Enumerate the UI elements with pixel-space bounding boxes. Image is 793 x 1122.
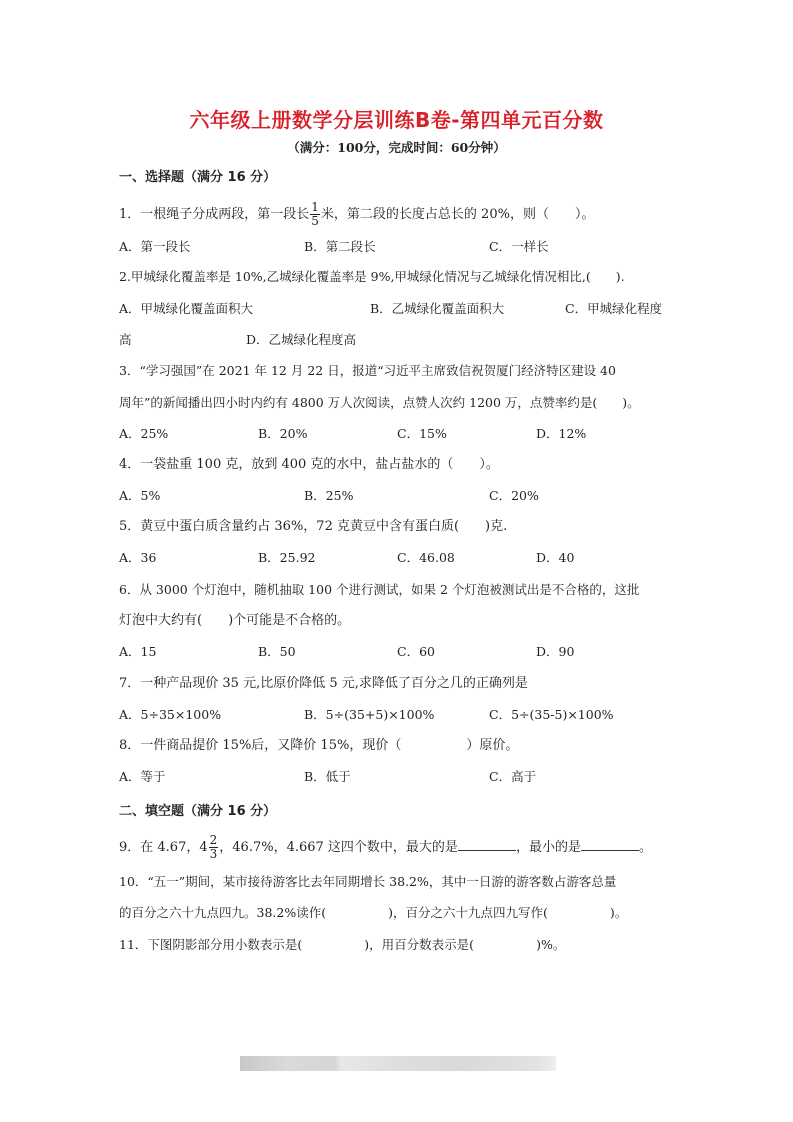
q4-option-c: C．20% bbox=[489, 487, 539, 505]
q6-option-b: B．50 bbox=[258, 643, 296, 661]
fraction-denominator: 5 bbox=[310, 215, 320, 228]
q2-option-d: D．乙城绿化程度高 bbox=[246, 331, 356, 349]
q2-option-c: C．甲城绿化程度 bbox=[565, 300, 662, 318]
question-8: 8．一件商品提价 15%后，又降价 15%，现价（ ）原价。 bbox=[119, 737, 518, 755]
q4-option-a: A．5% bbox=[119, 487, 160, 505]
section-heading-fill: 二、填空题（满分 16 分） bbox=[119, 800, 276, 819]
q5-option-b: B．25.92 bbox=[258, 549, 315, 567]
q7-option-b: B．5÷(35+5)×100% bbox=[304, 706, 434, 724]
question-10-text-c: )。 bbox=[610, 905, 627, 920]
fraction-denominator: 3 bbox=[209, 848, 219, 861]
q2-option-c-wrap: 高 bbox=[119, 331, 132, 349]
mixed-number-whole: 4 bbox=[199, 840, 207, 855]
section-heading-choice: 一、选择题（满分 16 分） bbox=[119, 166, 276, 185]
answer-blank-largest[interactable] bbox=[458, 838, 516, 851]
q3-option-d: D．12% bbox=[536, 425, 586, 443]
question-6-line-1: 6．从 3000 个灯泡中，随机抽取 100 个进行测试，如果 2 个灯泡被测试… bbox=[119, 581, 639, 599]
fraction-numerator: 1 bbox=[310, 201, 320, 215]
answer-blank-smallest[interactable] bbox=[581, 838, 639, 851]
question-6-line-2: 灯泡中大约有( )个可能是不合格的。 bbox=[119, 612, 350, 630]
q5-option-c: C．46.08 bbox=[397, 549, 455, 567]
q7-option-a: A．5÷35×100% bbox=[119, 706, 221, 724]
q2-option-a: A．甲城绿化覆盖面积大 bbox=[119, 300, 253, 318]
question-10-line-1: 10．“五一”期间，某市接待游客比去年同期增长 38.2%，其中一日游的游客数占… bbox=[119, 873, 616, 891]
question-11-text-a: 11．下图阴影部分用小数表示是( bbox=[119, 937, 302, 952]
q8-option-a: A．等于 bbox=[119, 768, 166, 786]
q8-option-c: C．高于 bbox=[489, 768, 536, 786]
question-9-text-after: ，46.7%，4.667 这四个数中，最大的是 bbox=[219, 840, 458, 855]
q4-option-b: B．25% bbox=[304, 487, 353, 505]
fraction-numerator: 2 bbox=[209, 834, 219, 848]
question-4: 4．一袋盐重 100 克，放到 400 克的水中，盐占盐水的（ ）。 bbox=[119, 456, 499, 474]
question-10-text-b: )，百分之六十九点四九写作( bbox=[388, 905, 548, 920]
question-9-text-mid: ，最小的是 bbox=[516, 840, 581, 855]
question-7: 7．一种产品现价 35 元,比原价降低 5 元,求降低了百分之几的正确列是 bbox=[119, 675, 528, 693]
question-3-line-1: 3．“学习强国”在 2021 年 12 月 22 日，报道“习近平主席致信祝贺厦… bbox=[119, 362, 616, 380]
question-1: 1．一根绳子分成两段，第一段长15米，第二段的长度占总长的 20%，则（ ）。 bbox=[119, 201, 594, 228]
q2-option-b: B．乙城绿化覆盖面积大 bbox=[370, 300, 504, 318]
q7-option-c: C．5÷(35-5)×100% bbox=[489, 706, 614, 724]
question-11-text-b: )，用百分数表示是( bbox=[364, 937, 474, 952]
q1-option-b: B．第二段长 bbox=[304, 238, 376, 256]
question-3-line-2: 周年”的新闻播出四小时内约有 4800 万人次阅读，点赞人次约 1200 万，点… bbox=[119, 394, 640, 412]
blurred-footer-watermark bbox=[240, 1056, 556, 1071]
document-title: 六年级上册数学分层训练B卷-第四单元百分数 bbox=[0, 104, 793, 133]
question-9: 9．在 4.67，423，46.7%，4.667 这四个数中，最大的是，最小的是… bbox=[119, 834, 652, 861]
question-9-text-before: 9．在 4.67， bbox=[119, 840, 199, 855]
q3-option-c: C．15% bbox=[397, 425, 447, 443]
question-5: 5．黄豆中蛋白质含量约占 36%，72 克黄豆中含有蛋白质( )克. bbox=[119, 518, 507, 536]
q6-option-d: D．90 bbox=[536, 643, 574, 661]
question-2: 2.甲城绿化覆盖率是 10%,乙城绿化覆盖率是 9%,甲城绿化情况与乙城绿化情况… bbox=[119, 268, 625, 286]
q1-option-c: C．一样长 bbox=[489, 238, 549, 256]
q1-option-a: A．第一段长 bbox=[119, 238, 191, 256]
q8-option-b: B．低于 bbox=[304, 768, 351, 786]
fraction-one-fifth: 15 bbox=[310, 201, 320, 228]
question-9-text-end: 。 bbox=[639, 840, 652, 855]
question-1-text-before: 1．一根绳子分成两段，第一段长 bbox=[119, 207, 309, 222]
q6-option-c: C．60 bbox=[397, 643, 435, 661]
question-11-text-c: )%。 bbox=[536, 937, 565, 952]
q5-option-d: D．40 bbox=[536, 549, 574, 567]
question-11: 11．下图阴影部分用小数表示是()，用百分数表示是()%。 bbox=[119, 936, 565, 954]
question-10-text-a: 的百分之六十九点四九。38.2%读作( bbox=[119, 905, 326, 920]
q3-option-a: A．25% bbox=[119, 425, 168, 443]
question-1-text-after: 米，第二段的长度占总长的 20%，则（ ）。 bbox=[321, 207, 595, 222]
fraction-two-thirds: 23 bbox=[209, 834, 219, 861]
q3-option-b: B．20% bbox=[258, 425, 307, 443]
q5-option-a: A．36 bbox=[119, 549, 156, 567]
document-subtitle: （满分：100分，完成时间：60分钟） bbox=[0, 138, 793, 156]
question-10-line-2: 的百分之六十九点四九。38.2%读作()，百分之六十九点四九写作()。 bbox=[119, 904, 627, 922]
q6-option-a: A．15 bbox=[119, 643, 156, 661]
